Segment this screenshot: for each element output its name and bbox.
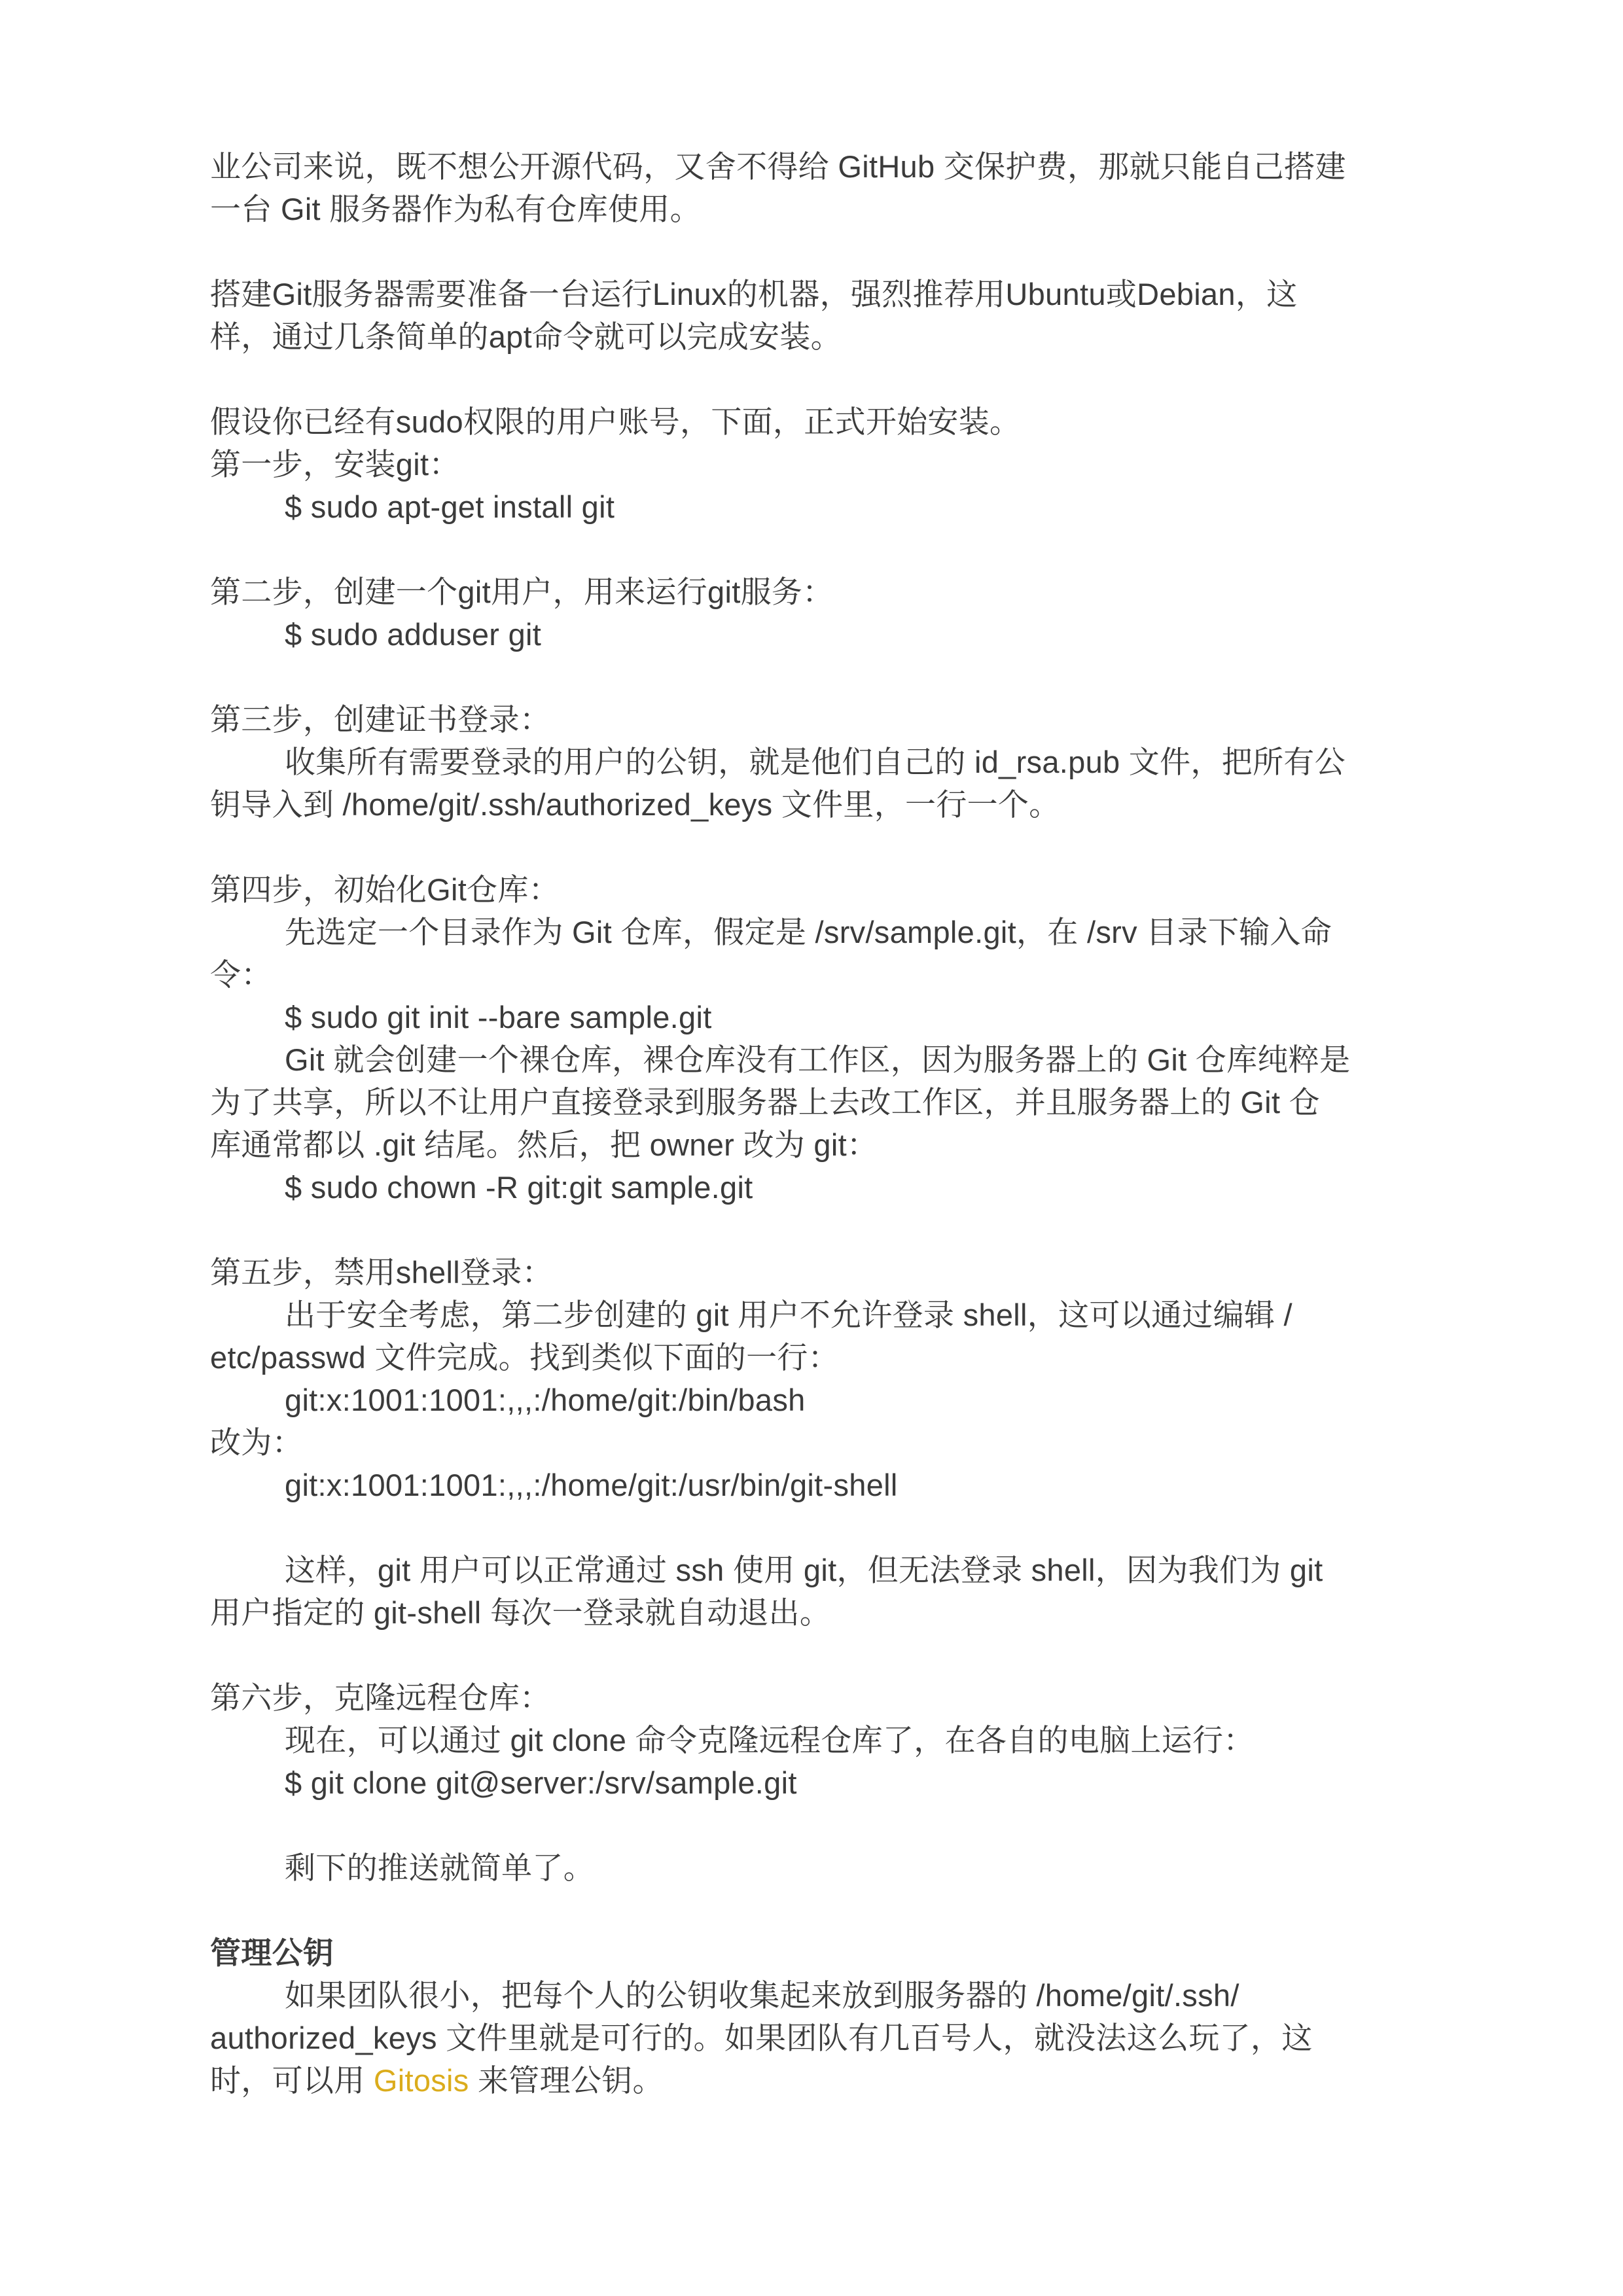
step-4-command-2: $ sudo chown -R git:git sample.git	[210, 1166, 1427, 1209]
assume-line: 假设你已经有sudo权限的用户账号，下面，正式开始安装。	[210, 400, 1427, 443]
step-4-text-2: 令：	[210, 953, 1427, 996]
step-5-text-4: 用户指定的 git-shell 每次一登录就自动退出。	[210, 1591, 1427, 1634]
intro-line-1: 业公司来说，既不想公开源代码，又舍不得给 GitHub 交保护费，那就只能自己搭…	[210, 145, 1427, 188]
manage-keys-heading: 管理公钥	[210, 1932, 1427, 1974]
spacer	[210, 1506, 1427, 1549]
spacer	[210, 1804, 1427, 1846]
step-5-text-2: etc/passwd 文件完成。找到类似下面的一行：	[210, 1336, 1427, 1379]
step-5-title: 第五步，禁用shell登录：	[210, 1251, 1427, 1294]
spacer	[210, 1209, 1427, 1251]
step-3-title: 第三步，创建证书登录：	[210, 698, 1427, 741]
step-2-title: 第二步，创建一个git用户，用来运行git服务：	[210, 571, 1427, 613]
prereq-line-1: 搭建Git服务器需要准备一台运行Linux的机器，强烈推荐用Ubuntu或Deb…	[210, 273, 1427, 315]
intro-line-2: 一台 Git 服务器作为私有仓库使用。	[210, 188, 1427, 230]
step-4-text-5: 库通常都以 .git 结尾。然后，把 owner 改为 git：	[210, 1123, 1427, 1166]
step-4-text-4: 为了共享，所以不让用户直接登录到服务器上去改工作区，并且服务器上的 Git 仓	[210, 1081, 1427, 1123]
manage-keys-line-3: 时，可以用 Gitosis 来管理公钥。	[210, 2059, 1427, 2102]
manage-keys-line-3-before: 时，可以用	[210, 2063, 374, 2098]
step-5-change-to: 改为：	[210, 1421, 1427, 1464]
step-5-text-3: 这样，git 用户可以正常通过 ssh 使用 git，但无法登录 shell，因…	[210, 1549, 1427, 1591]
step-5-passwd-after: git:x:1001:1001:,,,:/home/git:/usr/bin/g…	[210, 1464, 1427, 1506]
spacer	[210, 358, 1427, 400]
step-6-text-1: 现在，可以通过 git clone 命令克隆远程仓库了，在各自的电脑上运行：	[210, 1719, 1427, 1761]
document-page: 业公司来说，既不想公开源代码，又舍不得给 GitHub 交保护费，那就只能自己搭…	[210, 145, 1427, 2102]
step-3-text-1: 收集所有需要登录的用户的公钥，就是他们自己的 id_rsa.pub 文件，把所有…	[210, 741, 1427, 783]
spacer	[210, 826, 1427, 868]
step-4-command-1: $ sudo git init --bare sample.git	[210, 996, 1427, 1038]
prereq-line-2: 样，通过几条简单的apt命令就可以完成安装。	[210, 315, 1427, 358]
spacer	[210, 1889, 1427, 1932]
step-4-title: 第四步，初始化Git仓库：	[210, 868, 1427, 911]
step-6-title: 第六步，克隆远程仓库：	[210, 1676, 1427, 1719]
step-6-text-2: 剩下的推送就简单了。	[210, 1846, 1427, 1889]
step-6-command: $ git clone git@server:/srv/sample.git	[210, 1761, 1427, 1804]
manage-keys-line-1: 如果团队很小，把每个人的公钥收集起来放到服务器的 /home/git/.ssh/	[210, 1974, 1427, 2017]
spacer	[210, 528, 1427, 571]
step-1-title: 第一步，安装git：	[210, 443, 1427, 486]
gitosis-link[interactable]: Gitosis	[374, 2063, 469, 2098]
step-2-command: $ sudo adduser git	[210, 613, 1427, 656]
spacer	[210, 656, 1427, 698]
manage-keys-line-2: authorized_keys 文件里就是可行的。如果团队有几百号人，就没法这么…	[210, 2017, 1427, 2059]
manage-keys-line-3-after: 来管理公钥。	[469, 2063, 664, 2098]
step-3-text-2: 钥导入到 /home/git/.ssh/authorized_keys 文件里，…	[210, 783, 1427, 826]
spacer	[210, 230, 1427, 273]
step-5-passwd-before: git:x:1001:1001:,,,:/home/git:/bin/bash	[210, 1379, 1427, 1421]
step-5-text-1: 出于安全考虑，第二步创建的 git 用户不允许登录 shell，这可以通过编辑 …	[210, 1294, 1427, 1336]
spacer	[210, 1634, 1427, 1676]
step-1-command: $ sudo apt-get install git	[210, 486, 1427, 528]
step-4-text-3: Git 就会创建一个裸仓库，裸仓库没有工作区，因为服务器上的 Git 仓库纯粹是	[210, 1038, 1427, 1081]
step-4-text-1: 先选定一个目录作为 Git 仓库，假定是 /srv/sample.git，在 /…	[210, 911, 1427, 953]
